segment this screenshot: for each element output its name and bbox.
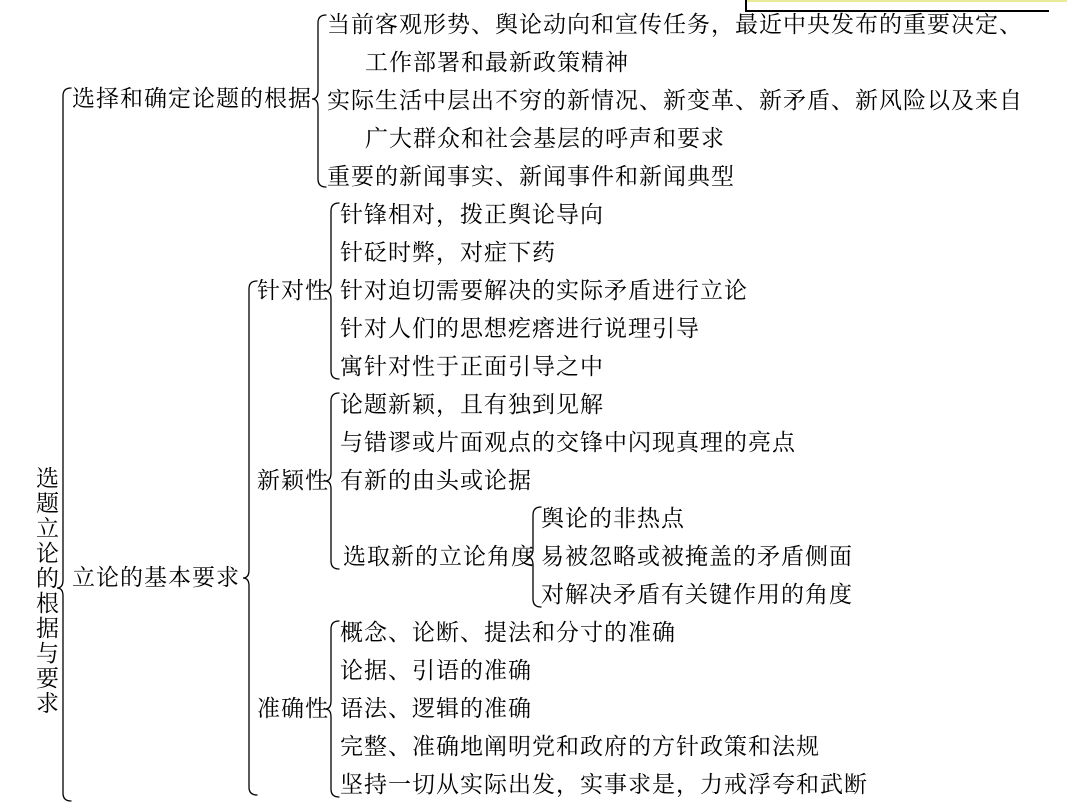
branch1-brace — [312, 15, 326, 187]
novelty-item: 论题新颖，且有独到见解 — [340, 390, 604, 420]
branch1-line: 重要的新闻事实、新闻事件和新闻典型 — [327, 162, 735, 192]
branch1-line: 广大群众和社会基层的呼声和要求 — [365, 124, 725, 154]
angle-item: 易被忽略或被掩盖的矛盾侧面 — [541, 542, 853, 572]
novelty-item: 有新的由头或论据 — [340, 466, 532, 496]
accuracy-label: 准确性 — [257, 694, 329, 724]
topright-highlight-strip — [747, 0, 1067, 2]
branch1-line: 当前客观形势、舆论动向和宣传任务，最近中央发布的重要决定、 — [327, 10, 1023, 40]
accuracy-item: 语法、逻辑的准确 — [340, 694, 532, 724]
pertinence-label: 针对性 — [257, 276, 329, 306]
accuracy-item: 坚持一切从实际出发，实事求是，力戒浮夸和武断 — [340, 770, 868, 800]
branch1-line: 工作部署和最新政策精神 — [365, 48, 629, 78]
angle-label: 选取新的立论角度 — [343, 542, 535, 572]
accuracy-item: 论据、引语的准确 — [340, 656, 532, 686]
novelty-item: 与错谬或片面观点的交锋中闪现真理的亮点 — [340, 428, 796, 458]
accuracy-item: 概念、论断、提法和分寸的准确 — [340, 618, 676, 648]
pertinence-item: 寓针对性于正面引导之中 — [340, 352, 604, 382]
angle-item: 舆论的非热点 — [541, 504, 685, 534]
pertinence-item: 针砭时弊，对症下药 — [340, 238, 556, 268]
branch1-line: 实际生活中层出不穷的新情况、新变革、新矛盾、新风险以及来自 — [327, 86, 1023, 116]
accuracy-item: 完整、准确地阐明党和政府的方针政策和法规 — [340, 732, 820, 762]
novelty-label: 新颖性 — [257, 466, 329, 496]
angle-item: 对解决矛盾有关键作用的角度 — [541, 580, 853, 610]
root-title: 选题立论的根据与要求 — [31, 466, 58, 716]
bracket-diagram: 选题立论的根据与要求 选择和确定论题的根据 当前客观形势、舆论动向和宣传任务，最… — [0, 0, 1067, 803]
branch1-label: 选择和确定论题的根据 — [72, 84, 312, 114]
pertinence-item: 针对迫切需要解决的实际矛盾进行立论 — [340, 276, 748, 306]
branch2-label: 立论的基本要求 — [72, 563, 240, 593]
root-brace — [57, 88, 71, 801]
branch2-brace — [243, 281, 257, 795]
pertinence-item: 针锋相对，拨正舆论导向 — [340, 200, 604, 230]
pertinence-item: 针对人们的思想疙瘩进行说理引导 — [340, 314, 700, 344]
